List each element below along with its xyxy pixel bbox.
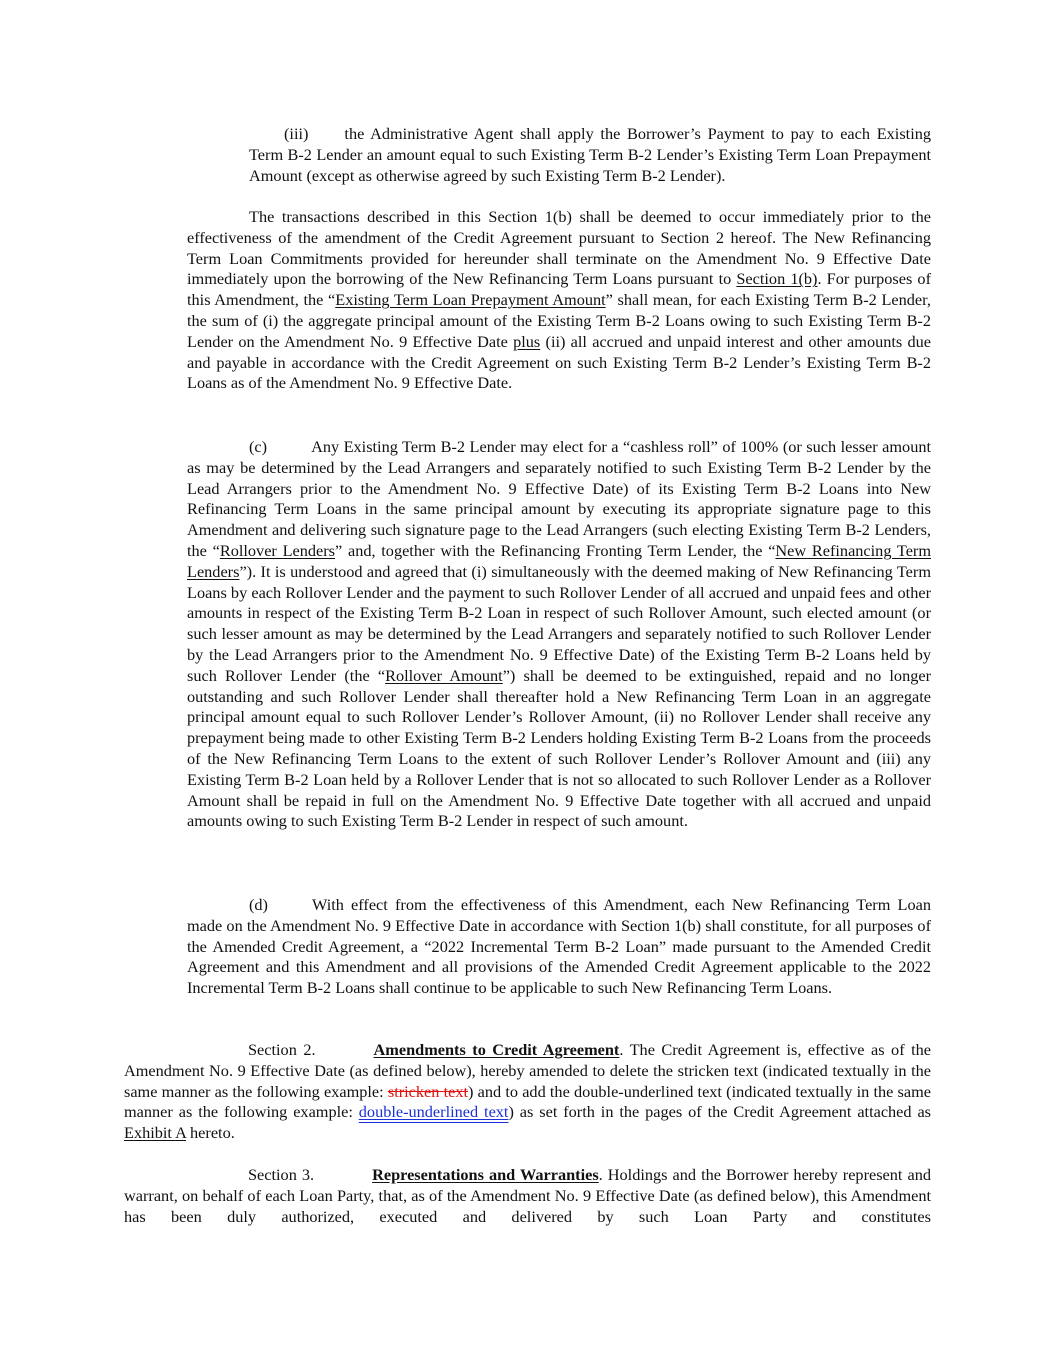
- defined-term-existing-term-loan-prepayment-amount: Existing Term Loan Prepayment Amount: [335, 290, 605, 309]
- paragraph-c-label: (c): [249, 437, 267, 456]
- paragraph-iii-label: (iii): [284, 124, 308, 143]
- defined-term-rollover-lenders: Rollover Lenders: [220, 541, 335, 560]
- section-2-number: Section 2.: [248, 1040, 316, 1059]
- double-underlined-text-example: double-underlined text: [359, 1102, 509, 1121]
- section-2: Section 2.Amendments to Credit Agreement…: [124, 1040, 931, 1144]
- paragraph-d-text: With effect from the effectiveness of th…: [187, 895, 931, 997]
- paragraph-c: (c)Any Existing Term B-2 Lender may elec…: [187, 437, 931, 832]
- defined-term-rollover-amount: Rollover Amount: [385, 666, 503, 685]
- paragraph-d-label: (d): [249, 895, 268, 914]
- paragraph-iii: (iii)the Administrative Agent shall appl…: [249, 124, 931, 186]
- text-run: ” and, together with the Refinancing Fro…: [335, 541, 775, 560]
- plus-term: plus: [513, 332, 540, 351]
- section-3-number: Section 3.: [248, 1165, 314, 1184]
- section-3: Section 3.Representations and Warranties…: [124, 1165, 931, 1227]
- document-page: (iii)the Administrative Agent shall appl…: [0, 0, 1055, 1365]
- text-run: hereto.: [186, 1123, 235, 1142]
- paragraph-d: (d)With effect from the effectiveness of…: [187, 895, 931, 999]
- text-run: ) as set forth in the pages of the Credi…: [508, 1102, 931, 1121]
- paragraph-transactions: The transactions described in this Secti…: [187, 207, 931, 394]
- stricken-text-example: stricken text: [388, 1082, 468, 1101]
- exhibit-a-ref: Exhibit A: [124, 1123, 186, 1142]
- section-ref-1b: Section 1(b): [736, 269, 817, 288]
- paragraph-iii-text: the Administrative Agent shall apply the…: [249, 124, 931, 185]
- text-run: ”) shall be deemed to be extinguished, r…: [187, 666, 931, 831]
- section-3-heading: Representations and Warranties: [372, 1165, 599, 1184]
- section-2-heading: Amendments to Credit Agreement: [374, 1040, 620, 1059]
